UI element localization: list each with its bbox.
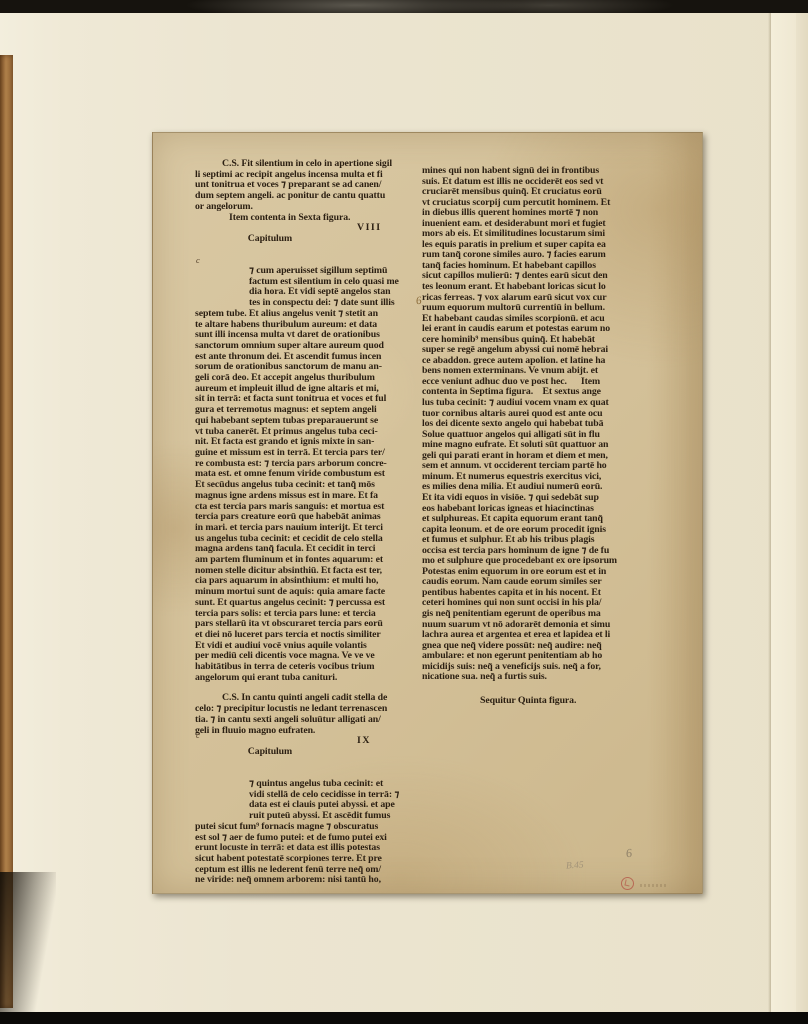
chapter-summary-sexta: C.S. Fit silentium in celo in apertione … — [195, 159, 417, 213]
framed-incunable-photo: C.S. Fit silentium in celo in apertione … — [0, 0, 808, 1024]
text-line: magnus igne ardens missus est in mare. E… — [195, 491, 417, 502]
right-text-column: mines qui non habent signū dei in fronti… — [422, 166, 644, 706]
sequitur-closing-line: Sequitur Quinta figura. — [422, 696, 644, 707]
collector-stamp — [621, 877, 634, 890]
item-contenta-line: Item contenta in Sexta figura. — [195, 213, 417, 224]
top-shadow-band — [0, 0, 808, 13]
wood-frame-left — [0, 55, 13, 1008]
left-text-column: C.S. Fit silentium in celo in apertione … — [195, 159, 417, 886]
rubricator-guide-letter: c — [196, 730, 200, 741]
text-line: sunt. Et quartus angelus cecinit: ⁊ perc… — [195, 598, 417, 609]
pencil-smudge — [205, 835, 335, 861]
text-line: in mari. et tercia pars nauium interijt.… — [195, 523, 417, 534]
chapter-viii-heading: Capitulum VIII — [195, 223, 417, 266]
gutter-ink-numeral: 6 — [415, 295, 422, 308]
chapter-ix-heading: Capitulum IX — [195, 736, 417, 779]
text-line: lus tuba cecinit: ⁊ audiui vocem vnam ex… — [422, 398, 644, 409]
right-column-body: mines qui non habent signū dei in fronti… — [422, 166, 644, 683]
text-line: tia. ⁊ in cantu sexti angeli soluūtur al… — [195, 715, 417, 726]
text-line: Et ita vidi equos in visiōe. ⁊ qui sedeb… — [422, 493, 644, 504]
incunable-leaf: C.S. Fit silentium in celo in apertione … — [152, 132, 703, 894]
chapter-numeral-ix: IX — [357, 736, 371, 747]
text-line: geli in fluuio magno eufraten. — [195, 726, 417, 737]
text-line: qui habebant septem tubas preparauerunt … — [195, 416, 417, 427]
chapter-ix-opening: ⁊ quintus angelus tuba cecinit: etvidi s… — [195, 779, 417, 822]
chapter-summary-quinta: C.S. In cantu quinti angeli cadit stella… — [195, 693, 417, 736]
mat-edge-strip-right — [771, 13, 796, 1012]
text-line: mines qui non habent signū dei in fronti… — [422, 166, 644, 177]
text-line: putei sicut fum⁹ fornacis magne ⁊ obscur… — [195, 822, 417, 833]
text-line: gis neq̃ penitentiam egerunt de operibus… — [422, 609, 644, 620]
text-line: tes leonum erant. Et habebant loricas si… — [422, 282, 644, 293]
chapter-viii-body: septem tube. Et alius angelus venit ⁊ st… — [195, 309, 417, 684]
chapter-label: Capitulum — [248, 746, 292, 757]
text-line: nicatione sua. neq̃ a furtis suis. — [422, 672, 644, 683]
text-line: or angelorum. — [195, 202, 417, 213]
pencil-shelfmark: B.45 — [566, 861, 584, 872]
text-line: ne viride: neq̃ omnem arborem: nisi tant… — [195, 875, 417, 886]
faint-inscription — [640, 884, 668, 887]
bottom-left-corner-shadow — [0, 872, 56, 1012]
pencil-numeral: 6 — [625, 846, 633, 862]
text-line: septem tube. Et alius angelus venit ⁊ st… — [195, 309, 417, 320]
bottom-shadow-band — [0, 1012, 808, 1024]
mat-outer-strip-right — [796, 13, 808, 1012]
rubricator-guide-letter: c — [196, 255, 200, 266]
text-line: angelorum qui erant tuba canituri. — [195, 673, 417, 684]
text-line: et sulphureas. Et capita equorum erant t… — [422, 514, 644, 525]
chapter-numeral-viii: VIII — [357, 223, 382, 234]
chapter-viii-opening: ⁊ cum aperuisset sigillum septimūfactum … — [195, 266, 417, 309]
chapter-label: Capitulum — [248, 233, 292, 244]
